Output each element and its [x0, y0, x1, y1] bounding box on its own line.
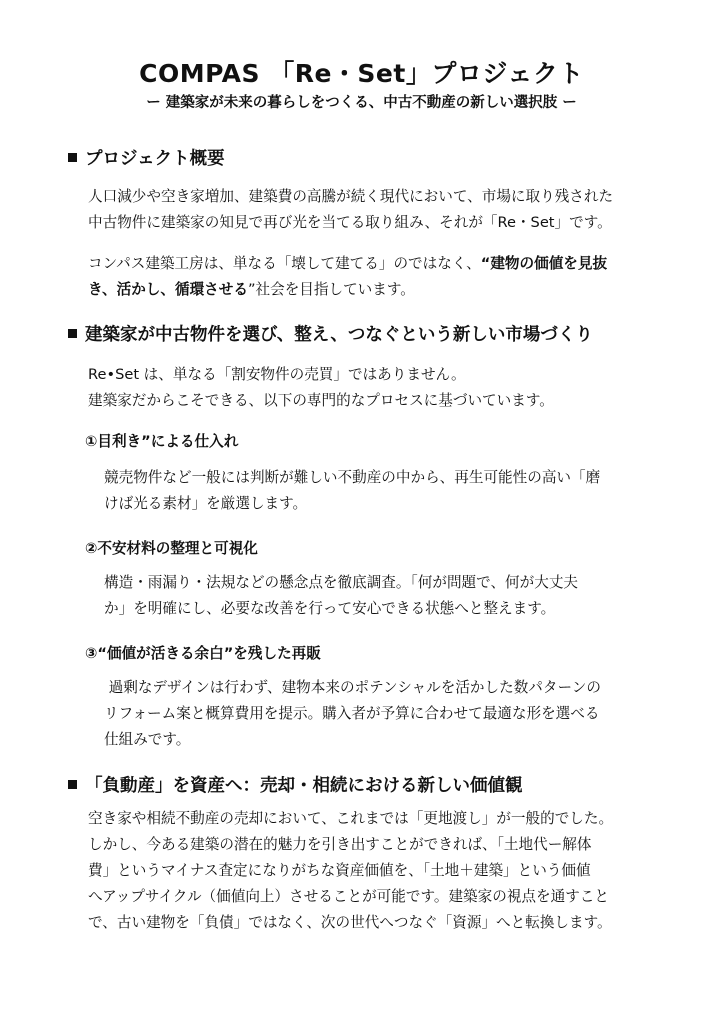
text-line: 過剰なデザインは行わず、建物本来のポテンシャルを活かした数パターンの [104, 675, 601, 701]
step-3-body: 過剰なデザインは行わず、建物本来のポテンシャルを活かした数パターンの リフォーム… [104, 675, 601, 753]
text-line: 競売物件など一般には判断が難しい不動産の中から、再生可能性の高い「磨 [104, 465, 600, 491]
square-bullet-icon [68, 780, 77, 789]
step-3-title: ③“価値が活きる余白”を残した再販 [85, 642, 321, 663]
text-line: へアップサイクル（価値向上）させることが可能です。建築家の視点を通すこと [88, 884, 613, 910]
square-bullet-icon [68, 153, 77, 162]
step-2-body: 構造・雨漏り・法規などの懸念点を徹底調査。「何が問題で、何が大丈夫 か」を明確に… [104, 570, 578, 622]
text-line: 費」というマイナス査定になりがちな資産価値を、「土地＋建築」という価値 [88, 858, 613, 884]
section-heading-text: プロジェクト概要 [85, 149, 225, 169]
emphasis-text: き、活かし、循環させる [88, 281, 248, 298]
emphasis-text: “建物の価値を見抜 [481, 255, 607, 272]
section-heading-text: 建築家が中古物件を選び、整え、つなぐという新しい市場づくり [85, 325, 593, 345]
text-line: 仕組みです。 [104, 727, 601, 753]
step-1-title: ①目利き”による仕入れ [85, 430, 238, 451]
step-1-body: 競売物件など一般には判断が難しい不動産の中から、再生可能性の高い「磨 けば光る素… [104, 465, 600, 517]
overview-paragraph-1: 人口減少や空き家増加、建築費の高騰が続く現代において、市場に取り残された 中古物… [88, 184, 613, 236]
section-heading-asset: 「負動産」を資産へ：売却・相続における新しい価値観 [68, 772, 523, 797]
text-line: で、古い建物を「負債」ではなく、次の世代へつなぐ「資源」へと転換します。 [88, 910, 613, 936]
text-line: 建築家だからこそできる、以下の専門的なプロセスに基づいています。 [88, 388, 554, 414]
text-line: 人口減少や空き家増加、建築費の高騰が続く現代において、市場に取り残された [88, 184, 613, 210]
text-span: コンパス建築工房は、単なる「壊して建てる」のではなく、 [88, 255, 481, 272]
market-intro: Re•Set は、単なる「割安物件の売買」ではありません。 建築家だからこそでき… [88, 362, 554, 414]
text-line: Re•Set は、単なる「割安物件の売買」ではありません。 [88, 362, 554, 388]
section-heading-overview: プロジェクト概要 [68, 145, 225, 170]
text-line: リフォーム案と概算費用を提示。購入者が予算に合わせて最適な形を選べる [104, 701, 601, 727]
square-bullet-icon [68, 329, 77, 338]
text-line: 構造・雨漏り・法規などの懸念点を徹底調査。「何が問題で、何が大丈夫 [104, 570, 578, 596]
page-subtitle: ー 建築家が未来の暮らしをつくる、中古不動産の新しい選択肢 ー [0, 91, 723, 112]
text-line: 空き家や相続不動産の売却において、これまでは「更地渡し」が一般的でした。 [88, 806, 613, 832]
section-heading-text: 「負動産」を資産へ：売却・相続における新しい価値観 [85, 776, 523, 796]
section-heading-market: 建築家が中古物件を選び、整え、つなぐという新しい市場づくり [68, 321, 593, 346]
text-line: か」を明確にし、必要な改善を行って安心できる状態へと整えます。 [104, 596, 578, 622]
text-line: コンパス建築工房は、単なる「壊して建てる」のではなく、“建物の価値を見抜 [88, 251, 607, 277]
text-line: 中古物件に建築家の知見で再び光を当てる取り組み、それが「Re・Set」です。 [88, 210, 613, 236]
overview-paragraph-2: コンパス建築工房は、単なる「壊して建てる」のではなく、“建物の価値を見抜 き、活… [88, 251, 607, 303]
text-line: き、活かし、循環させる”社会を目指しています。 [88, 277, 607, 303]
text-line: しかし、今ある建築の潜在的魅力を引き出すことができれば、「土地代ー解体 [88, 832, 613, 858]
page-title: COMPAS 「Re・Set」プロジェクト [0, 54, 723, 90]
text-line: けば光る素材」を厳選します。 [104, 491, 600, 517]
asset-paragraph: 空き家や相続不動産の売却において、これまでは「更地渡し」が一般的でした。 しかし… [88, 806, 613, 936]
step-2-title: ②不安材料の整理と可視化 [85, 537, 258, 558]
text-span: ”社会を目指しています。 [248, 281, 415, 298]
